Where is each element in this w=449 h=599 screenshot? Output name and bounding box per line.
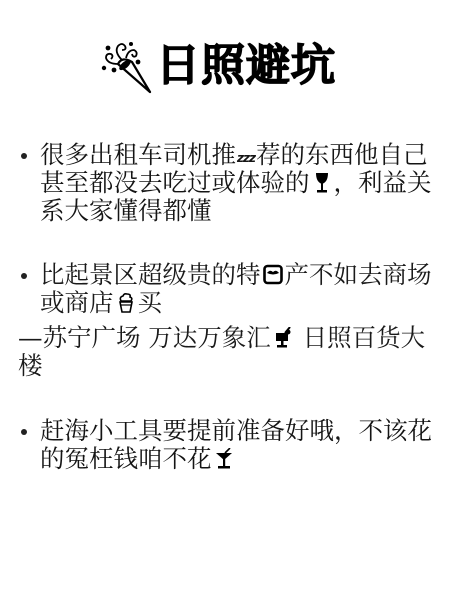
wine-glass-icon — [312, 172, 332, 194]
bullet — [21, 429, 27, 435]
tip-line: 比起景区超级贵的特产不如去商场 — [40, 261, 432, 289]
bullet — [21, 273, 27, 279]
tip-line-stores: —苏宁广场 万达万象汇 日照百货大 — [18, 324, 425, 352]
tropical-drink-icon — [273, 327, 293, 349]
tip-line: 楼 — [18, 352, 43, 380]
bento-box-icon — [263, 264, 283, 286]
tip-line: 的冤枉钱咱不花 — [40, 445, 236, 473]
tip-line: 很多出租车司机推zzz荐的东西他自己 — [40, 141, 427, 169]
cocktail-glass-icon — [214, 448, 234, 470]
page-title: 日照避坑 — [156, 38, 336, 94]
bullet — [21, 153, 27, 159]
tip-line: 或商店买 — [40, 289, 162, 317]
tip-line: 赶海小工具要提前准备好哦，不该花 — [40, 417, 432, 445]
party-popper-icon — [98, 38, 154, 94]
ice-cream-icon — [116, 292, 136, 314]
tip-line: 系大家懂得都懂 — [40, 197, 212, 225]
tip-line: 甚至都没去吃过或体验的，利益关 — [40, 169, 432, 197]
title-row: 日照避坑 — [98, 38, 336, 94]
